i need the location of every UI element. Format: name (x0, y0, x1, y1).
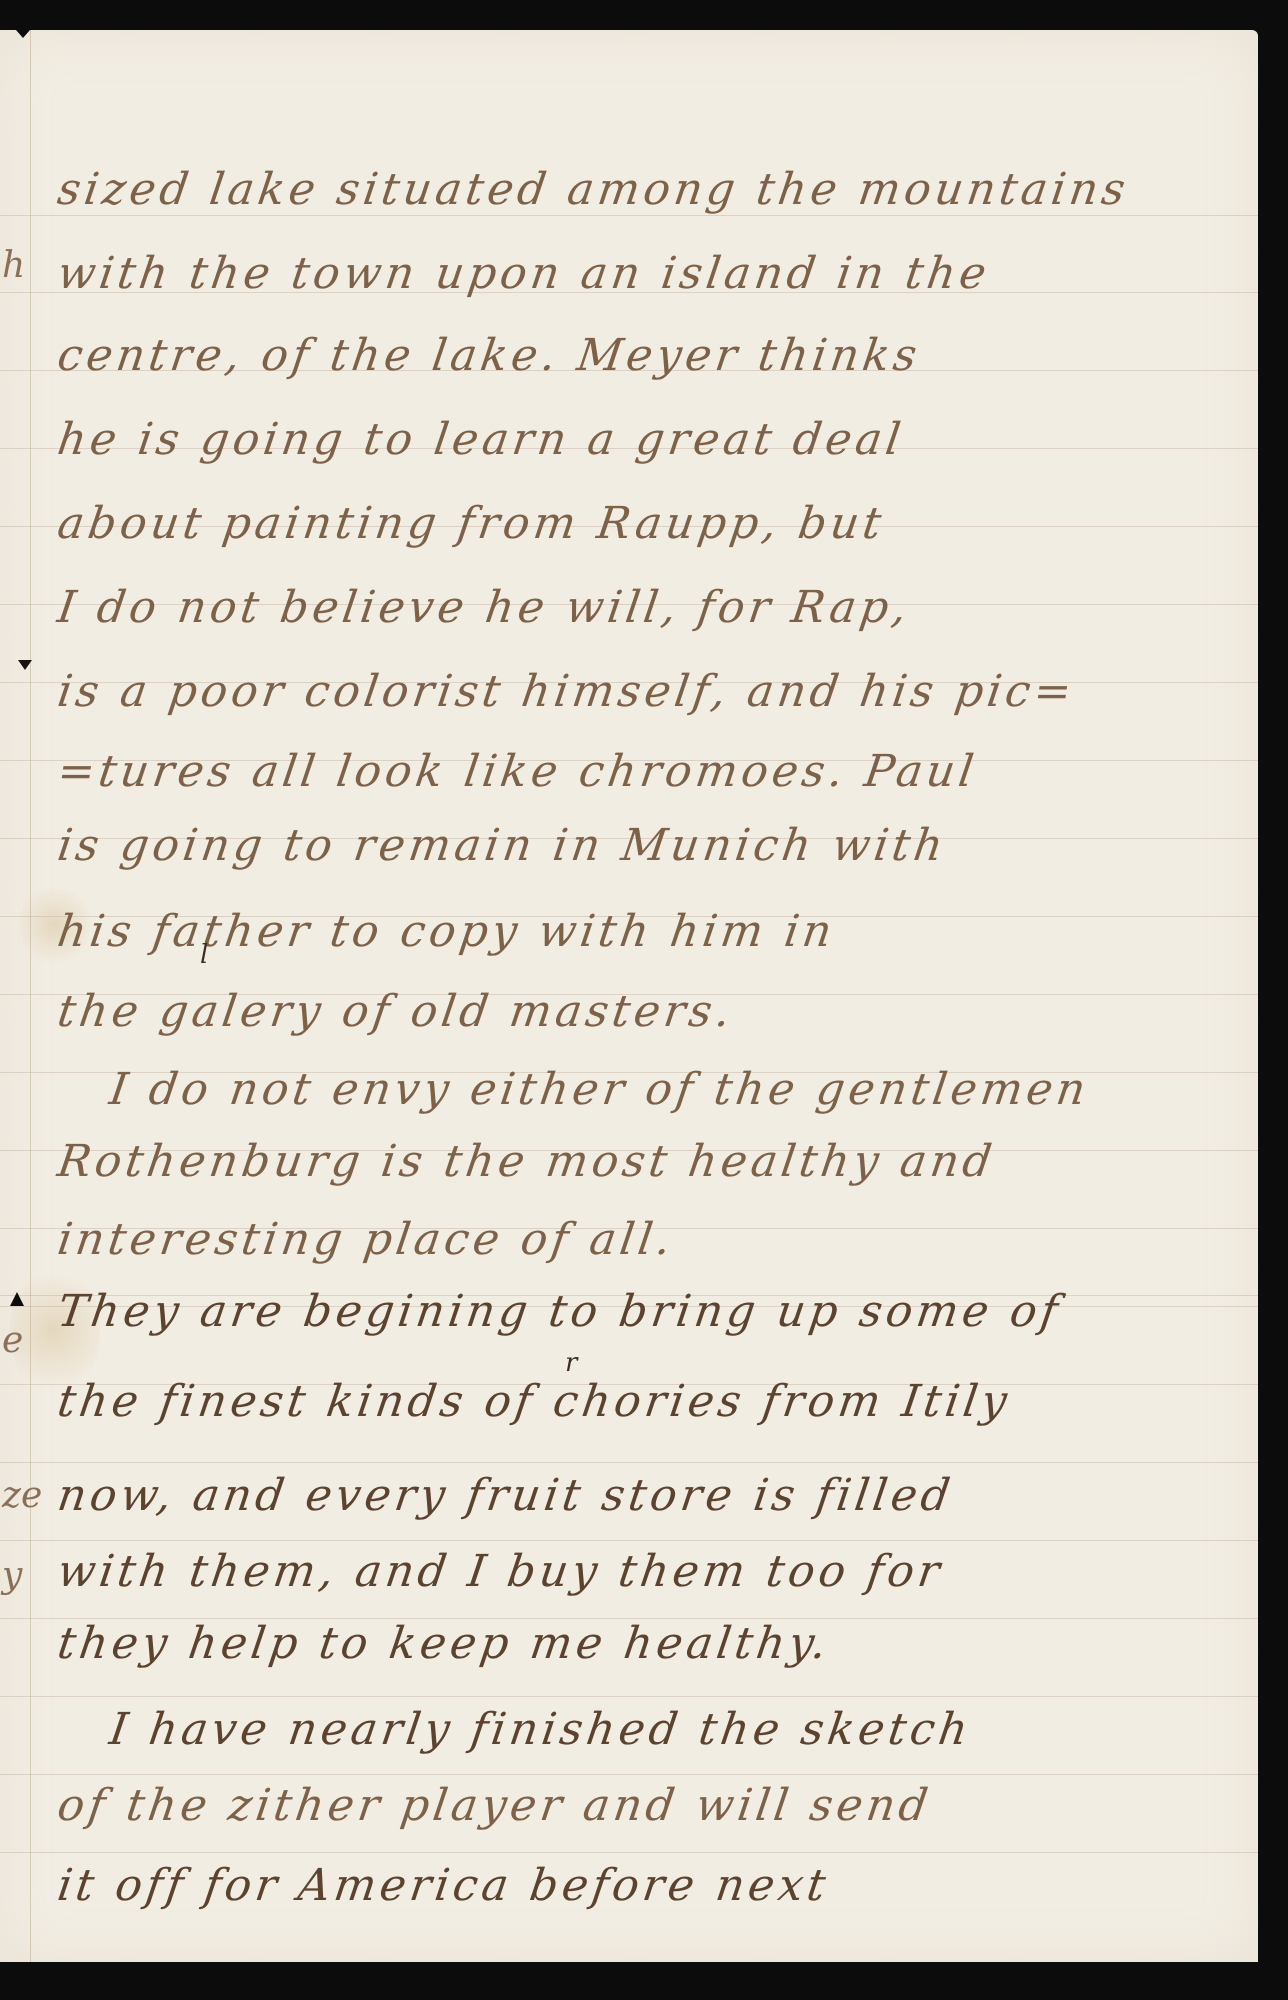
letter-line: he is going to learn a great deal (54, 414, 907, 465)
margin-fragment: e (2, 1320, 23, 1361)
margin-fragment: y (2, 1555, 22, 1596)
margin-fragment: ze (2, 1475, 42, 1516)
ruled-line (0, 1540, 1258, 1541)
letter-line: they help to keep me healthy. (54, 1618, 833, 1669)
letter-line: I do not believe he will, for Rap, (54, 582, 913, 633)
letter-line: They are begining to bring up some of (54, 1286, 1064, 1337)
ruled-line (0, 1774, 1258, 1775)
letter-line: is a poor colorist himself, and his pic= (54, 666, 1078, 717)
page-notch-lower (10, 1292, 24, 1306)
ruled-line (0, 215, 1258, 216)
letter-line: interesting place of all. (54, 1214, 677, 1265)
letter-line: of the zither player and will send (54, 1780, 934, 1831)
letter-page: h e ze y sized lake situated among the m… (0, 30, 1258, 1962)
letter-line: =tures all look like chromoes. Paul (54, 746, 980, 797)
letter-line: is going to remain in Munich with (54, 820, 950, 871)
letter-line: it off for America before next (54, 1860, 832, 1911)
letter-line: now, and every fruit store is filled (54, 1470, 957, 1521)
page-notch-mid (18, 660, 32, 670)
letter-line: I have nearly finished the sketch (106, 1704, 974, 1755)
ruled-line (0, 1852, 1258, 1853)
caret-insertion: r (565, 1348, 577, 1378)
page-notch-top (16, 30, 30, 38)
caret-insertion: l (200, 940, 208, 970)
letter-line: about painting from Raupp, but (54, 498, 888, 549)
letter-line: Rothenburg is the most healthy and (54, 1136, 998, 1187)
letter-line: the galery of old masters. (54, 986, 737, 1037)
letter-line: I do not envy either of the gentlemen (106, 1064, 1092, 1115)
letter-line: centre, of the lake. Meyer thinks (54, 330, 923, 381)
letter-line: with them, and I buy them too for (54, 1546, 946, 1597)
letter-line: his father to copy with him in (54, 906, 838, 957)
letter-line: the finest kinds of chories from Itily (54, 1376, 1014, 1427)
ruled-line (0, 1462, 1258, 1463)
ruled-line (0, 1696, 1258, 1697)
letter-line: with the town upon an island in the (54, 248, 993, 299)
fold-crease-vertical (30, 30, 31, 1962)
letter-line: sized lake situated among the mountains (54, 164, 1132, 215)
margin-fragment: h (2, 245, 25, 286)
